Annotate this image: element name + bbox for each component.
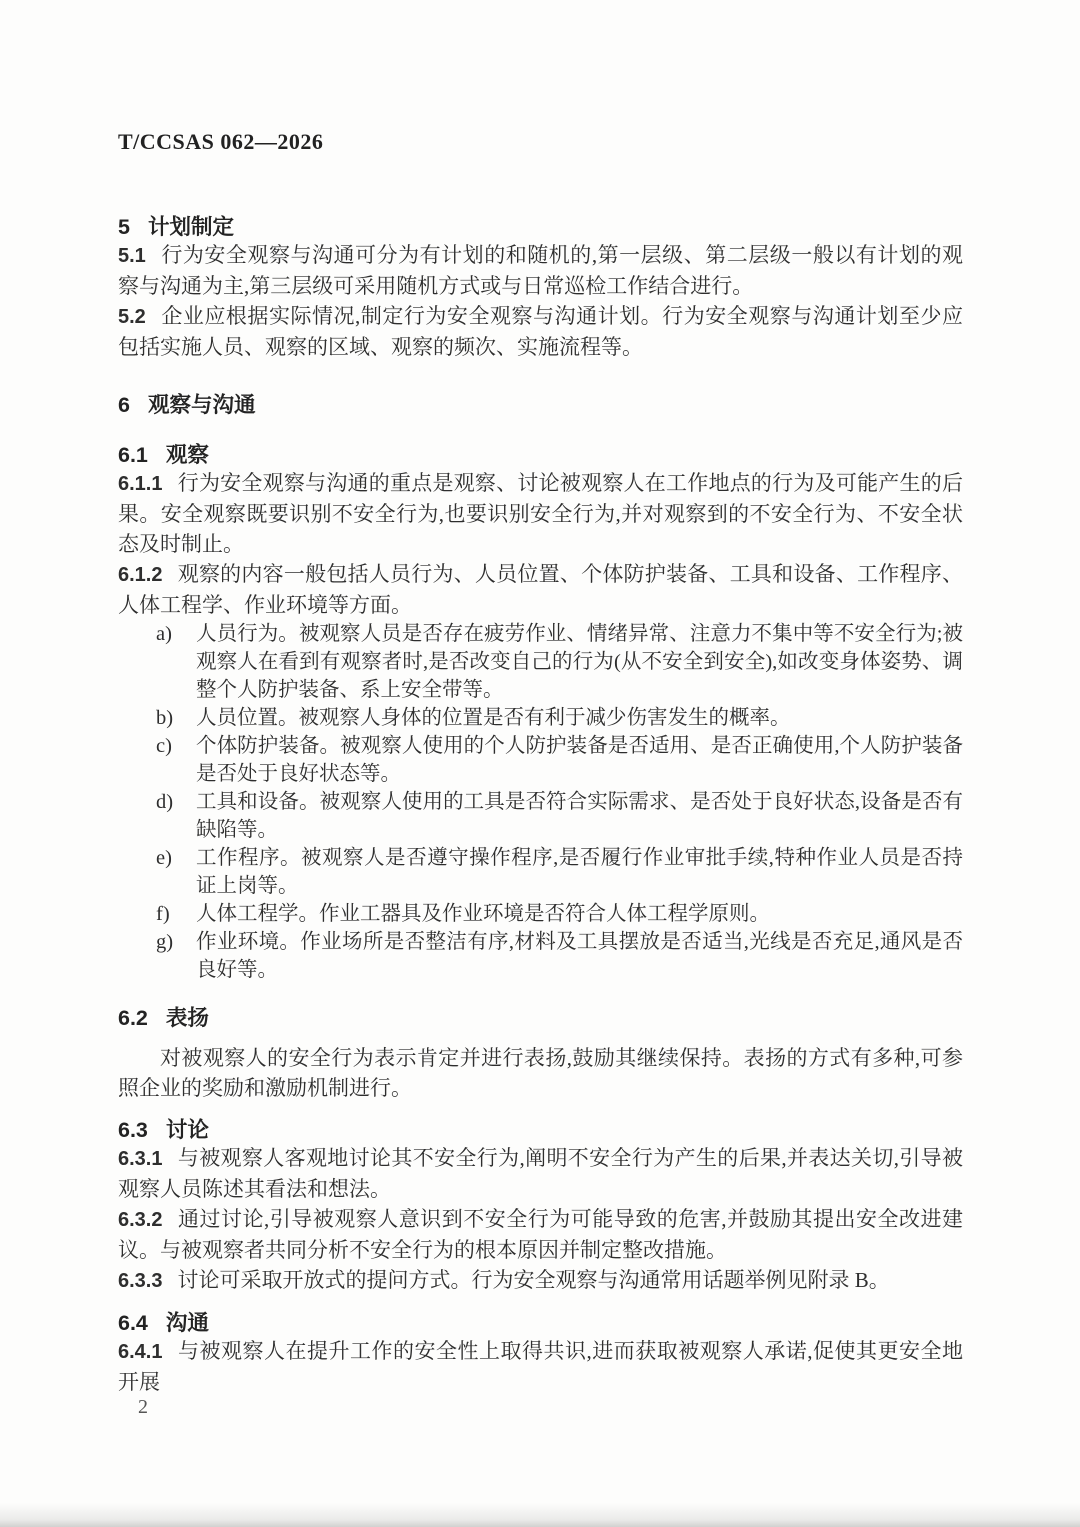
section-5-number: 5 <box>118 215 130 239</box>
list-item-d-marker: d) <box>156 788 173 816</box>
section-6-number: 6 <box>118 393 130 417</box>
section-6-heading: 6观察与沟通 <box>118 392 963 418</box>
clause-6-3-1-number: 6.3.1 <box>118 1148 162 1170</box>
clause-5-1-text: 行为安全观察与沟通可分为有计划的和随机的,第一层级、第二层级一般以有计划的观察与… <box>118 243 963 298</box>
section-6-4-heading: 6.4沟通 <box>118 1310 963 1336</box>
list-item-g: g)作业环境。作业场所是否整洁有序,材料及工具摆放是否适当,光线是否充足,通风是… <box>118 928 963 984</box>
clause-6-4-1-text: 与被观察人在提升工作的安全性上取得共识,进而获取被观察人承诺,促使其更安全地开展 <box>118 1339 963 1394</box>
section-6-4-title: 沟通 <box>166 1311 209 1335</box>
list-item-c-text: 个体防护装备。被观察人使用的个人防护装备是否适用、是否正确使用,个人防护装备是否… <box>196 735 963 785</box>
clause-6-1-1-number: 6.1.1 <box>118 473 162 495</box>
clause-6-1-1: 6.1.1行为安全观察与沟通的重点是观察、讨论被观察人在工作地点的行为及可能产生… <box>118 468 963 559</box>
list-item-f-marker: f) <box>156 900 170 928</box>
clause-6-3-2: 6.3.2通过讨论,引导被观察人意识到不安全行为可能导致的危害,并鼓励其提出安全… <box>118 1204 963 1265</box>
section-6-2-number: 6.2 <box>118 1006 148 1030</box>
clause-6-1-2-number: 6.1.2 <box>118 564 162 586</box>
section-6-3-number: 6.3 <box>118 1118 148 1142</box>
clause-6-3-1-text: 与被观察人客观地讨论其不安全行为,阐明不安全行为产生的后果,并表达关切,引导被观… <box>118 1146 963 1201</box>
clause-6-2-body: 对被观察人的安全行为表示肯定并进行表扬,鼓励其继续保持。表扬的方式有多种,可参照… <box>118 1043 963 1103</box>
page-content: T/CCSAS 062—2026 5计划制定 5.1行为安全观察与沟通可分为有计… <box>118 130 963 1397</box>
list-item-b-text: 人员位置。被观察人身体的位置是否有利于减少伤害发生的概率。 <box>196 707 791 729</box>
section-6-3-heading: 6.3讨论 <box>118 1117 963 1143</box>
section-6-2-title: 表扬 <box>166 1006 209 1030</box>
list-item-a-marker: a) <box>156 620 172 648</box>
list-item-b: b)人员位置。被观察人身体的位置是否有利于减少伤害发生的概率。 <box>118 704 963 732</box>
section-6-1-heading: 6.1观察 <box>118 442 963 468</box>
clause-6-4-1: 6.4.1与被观察人在提升工作的安全性上取得共识,进而获取被观察人承诺,促使其更… <box>118 1336 963 1397</box>
list-item-f-text: 人体工程学。作业工器具及作业环境是否符合人体工程学原则。 <box>196 903 770 925</box>
document-page: T/CCSAS 062—2026 5计划制定 5.1行为安全观察与沟通可分为有计… <box>0 0 1080 1527</box>
clause-6-1-2: 6.1.2观察的内容一般包括人员行为、人员位置、个体防护装备、工具和设备、工作程… <box>118 559 963 620</box>
list-item-f: f)人体工程学。作业工器具及作业环境是否符合人体工程学原则。 <box>118 900 963 928</box>
clause-6-3-2-text: 通过讨论,引导被观察人意识到不安全行为可能导致的危害,并鼓励其提出安全改进建议。… <box>118 1207 963 1262</box>
scan-bottom-shadow <box>0 1503 1080 1527</box>
list-item-e-marker: e) <box>156 844 172 872</box>
clause-5-1-number: 5.1 <box>118 245 146 267</box>
clause-5-1: 5.1行为安全观察与沟通可分为有计划的和随机的,第一层级、第二层级一般以有计划的… <box>118 240 963 301</box>
section-6-1-number: 6.1 <box>118 443 148 467</box>
list-item-a: a)人员行为。被观察人员是否存在疲劳作业、情绪异常、注意力不集中等不安全行为;被… <box>118 620 963 704</box>
list-item-d: d)工具和设备。被观察人使用的工具是否符合实际需求、是否处于良好状态,设备是否有… <box>118 788 963 844</box>
list-item-c-marker: c) <box>156 732 172 760</box>
section-6-title: 观察与沟通 <box>148 393 256 417</box>
list-item-c: c)个体防护装备。被观察人使用的个人防护装备是否适用、是否正确使用,个人防护装备… <box>118 732 963 788</box>
clause-6-3-1: 6.3.1与被观察人客观地讨论其不安全行为,阐明不安全行为产生的后果,并表达关切… <box>118 1143 963 1204</box>
clause-5-2-text: 企业应根据实际情况,制定行为安全观察与沟通计划。行为安全观察与沟通计划至少应包括… <box>118 304 963 359</box>
section-5-heading: 5计划制定 <box>118 214 963 240</box>
list-item-g-marker: g) <box>156 928 173 956</box>
list-item-g-text: 作业环境。作业场所是否整洁有序,材料及工具摆放是否适当,光线是否充足,通风是否良… <box>196 931 963 981</box>
page-number: 2 <box>138 1396 148 1419</box>
list-item-e-text: 工作程序。被观察人是否遵守操作程序,是否履行作业审批手续,特种作业人员是否持证上… <box>196 847 963 897</box>
list-item-a-text: 人员行为。被观察人员是否存在疲劳作业、情绪异常、注意力不集中等不安全行为;被观察… <box>196 623 963 701</box>
clause-6-3-3-text: 讨论可采取开放式的提问方式。行为安全观察与沟通常用话题举例见附录 B。 <box>177 1268 889 1292</box>
clause-6-3-3-number: 6.3.3 <box>118 1270 162 1292</box>
observation-items-list: a)人员行为。被观察人员是否存在疲劳作业、情绪异常、注意力不集中等不安全行为;被… <box>118 620 963 984</box>
list-item-b-marker: b) <box>156 704 173 732</box>
section-6-4-number: 6.4 <box>118 1311 148 1335</box>
list-item-d-text: 工具和设备。被观察人使用的工具是否符合实际需求、是否处于良好状态,设备是否有缺陷… <box>196 791 963 841</box>
clause-5-2: 5.2企业应根据实际情况,制定行为安全观察与沟通计划。行为安全观察与沟通计划至少… <box>118 301 963 362</box>
clause-6-3-2-number: 6.3.2 <box>118 1209 162 1231</box>
clause-6-1-1-text: 行为安全观察与沟通的重点是观察、讨论被观察人在工作地点的行为及可能产生的后果。安… <box>118 471 963 556</box>
clause-5-2-number: 5.2 <box>118 306 146 328</box>
clause-6-3-3: 6.3.3讨论可采取开放式的提问方式。行为安全观察与沟通常用话题举例见附录 B。 <box>118 1265 963 1296</box>
section-5-title: 计划制定 <box>148 215 234 239</box>
clause-6-4-1-number: 6.4.1 <box>118 1341 162 1363</box>
section-6-1-title: 观察 <box>166 443 209 467</box>
clause-6-1-2-text: 观察的内容一般包括人员行为、人员位置、个体防护装备、工具和设备、工作程序、人体工… <box>118 562 963 617</box>
section-6-3-title: 讨论 <box>166 1118 209 1142</box>
section-6-2-heading: 6.2表扬 <box>118 1005 963 1031</box>
list-item-e: e)工作程序。被观察人是否遵守操作程序,是否履行作业审批手续,特种作业人员是否持… <box>118 844 963 900</box>
standard-number-header: T/CCSAS 062—2026 <box>118 130 963 154</box>
